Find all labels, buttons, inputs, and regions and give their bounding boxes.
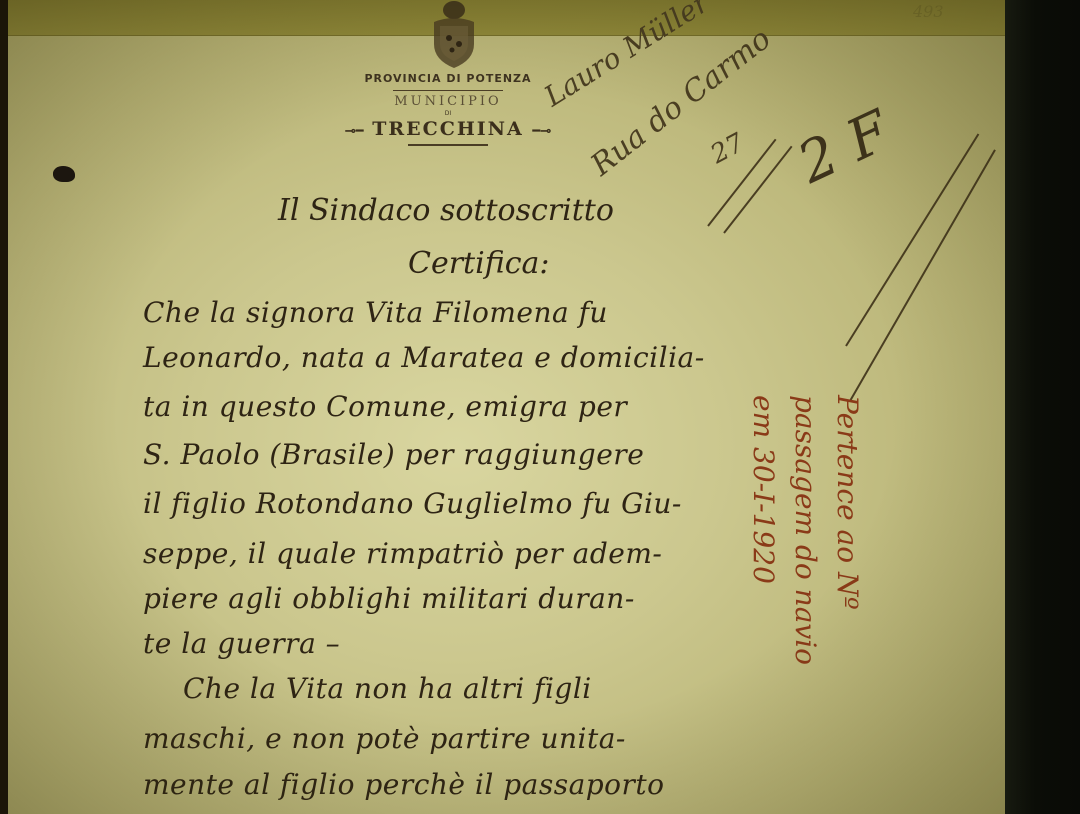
letterhead-di: DI [328,110,568,117]
body-line: te la guerra – [143,627,340,660]
letterhead-province: PROVINCIA DI POTENZA [328,72,568,85]
red-ink-annotation: Pertence ao Nº passagem do navio em 30-I… [728,395,868,814]
punch-hole [53,166,75,182]
body-line: il figlio Rotondano Guglielmo fu Giu- [143,487,682,520]
frame-right-dark [1005,0,1080,814]
document-paper: 493 PROVINCIA DI POTENZA MUNICIPIO DI ⊸━… [8,0,1005,814]
annotation-line: Pertence ao Nº [826,395,868,814]
coat-of-arms-icon [428,0,480,70]
ornament-right-icon: ━⊸ [532,124,551,139]
ornament-left-icon: ⊸━ [345,124,364,139]
body-line: ta in questo Comune, emigra per [143,390,627,423]
annotation-line: em 30-I-1920 [742,395,784,814]
letterhead-bottom-rule [408,144,488,146]
letterhead-town: ⊸━ TRECCHINA ━⊸ [328,118,568,140]
body-line: Leonardo, nata a Maratea e domicilia- [143,341,705,374]
long-diagonal-stroke [849,149,996,401]
frame-left-edge [0,0,8,814]
body-line: piere agli obblighi militari duran- [143,582,635,615]
signature-line-3: 27 [706,128,749,170]
letterhead: PROVINCIA DI POTENZA MUNICIPIO DI ⊸━ TRE… [328,72,568,146]
body-line: Che la Vita non ha altri figli [183,672,592,705]
document-heading: Il Sindaco sottoscritto [278,193,614,228]
handwritten-mark: 2 F [789,99,900,197]
letterhead-town-name: TRECCHINA [372,118,524,140]
body-line: Che la signora Vita Filomena fu [143,296,608,329]
paper-top-fold [8,0,1005,36]
letterhead-rule [393,90,503,91]
body-line: maschi, e non potè partire unita- [143,722,626,755]
page-number-pencil: 493 [913,2,944,21]
annotation-line: passagem do navio [784,395,826,814]
body-line: mente al figlio perchè il passaporto [143,768,665,801]
body-line: S. Paolo (Brasile) per raggiungere [143,438,644,471]
document-subheading: Certifica: [408,246,550,281]
body-line: seppe, il quale rimpatriò per adem- [143,537,662,570]
letterhead-municipio: MUNICIPIO [328,94,568,109]
